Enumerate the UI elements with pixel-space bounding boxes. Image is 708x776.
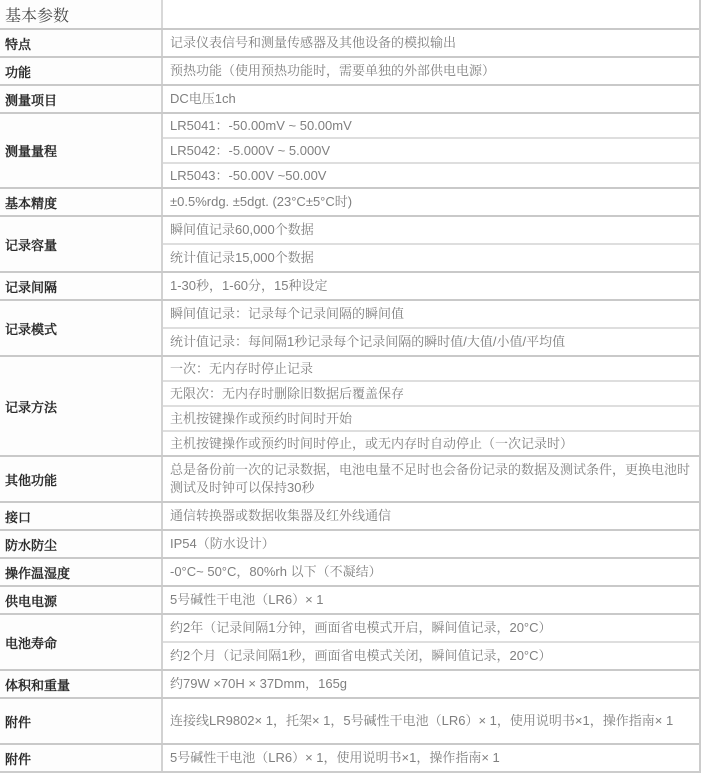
table-row-record-interval: 记录间隔 1-30秒，1-60分，15种设定 bbox=[0, 271, 699, 299]
row-value: 统计值记录15,000个数据 bbox=[163, 243, 699, 271]
row-label: 供电电源 bbox=[0, 587, 161, 613]
row-value: 主机按键操作或预约时间时停止，或无内存时自动停止（一次记录时） bbox=[163, 430, 699, 455]
row-value: DC电压1ch bbox=[163, 86, 699, 112]
row-values: 瞬间值记录：记录每个记录间隔的瞬间值 统计值记录：每间隔1秒记录每个记录间隔的瞬… bbox=[161, 301, 699, 355]
table-row-accessories-2: 附件 5号碱性干电池（LR6）× 1，使用说明书×1，操作指南× 1 bbox=[0, 743, 699, 771]
row-value: 约2个月（记录间隔1秒，画面省电模式关闭，瞬间值记录，20°C） bbox=[163, 641, 699, 669]
row-value: 瞬间值记录60,000个数据 bbox=[163, 217, 699, 243]
row-label: 接口 bbox=[0, 503, 161, 529]
row-value: 统计值记录：每间隔1秒记录每个记录间隔的瞬时值/大值/小值/平均值 bbox=[163, 327, 699, 355]
row-value: LR5042：-5.000V ~ 5.000V bbox=[163, 137, 699, 162]
row-values: 1-30秒，1-60分，15种设定 bbox=[161, 273, 699, 299]
row-label: 记录容量 bbox=[0, 217, 161, 271]
table-title: 基本参数 bbox=[0, 0, 161, 28]
row-values: 一次：无内存时停止记录 无限次：无内存时删除旧数据后覆盖保存 主机按键操作或预约… bbox=[161, 357, 699, 455]
row-values: LR5041：-50.00mV ~ 50.00mV LR5042：-5.000V… bbox=[161, 114, 699, 187]
table-row-measure-item: 测量项目 DC电压1ch bbox=[0, 84, 699, 112]
row-value: 5号碱性干电池（LR6）× 1，使用说明书×1，操作指南× 1 bbox=[163, 745, 699, 771]
row-values: IP54（防水设计） bbox=[161, 531, 699, 557]
row-label: 电池寿命 bbox=[0, 615, 161, 669]
table-row-record-method: 记录方法 一次：无内存时停止记录 无限次：无内存时删除旧数据后覆盖保存 主机按键… bbox=[0, 355, 699, 455]
row-value: 瞬间值记录：记录每个记录间隔的瞬间值 bbox=[163, 301, 699, 327]
spec-table: 基本参数 特点 记录仪表信号和测量传感器及其他设备的模拟输出 功能 预热功能（使… bbox=[0, 0, 701, 773]
row-label: 其他功能 bbox=[0, 457, 161, 501]
table-row-record-capacity: 记录容量 瞬间值记录60,000个数据 统计值记录15,000个数据 bbox=[0, 215, 699, 271]
row-values: 预热功能（使用预热功能时，需要单独的外部供电电源） bbox=[161, 58, 699, 84]
row-value: 5号碱性干电池（LR6）× 1 bbox=[163, 587, 699, 613]
row-values: 5号碱性干电池（LR6）× 1 bbox=[161, 587, 699, 613]
table-row-waterproof: 防水防尘 IP54（防水设计） bbox=[0, 529, 699, 557]
row-value: 主机按键操作或预约时间时开始 bbox=[163, 405, 699, 430]
table-row-other-functions: 其他功能 总是备份前一次的记录数据，电池电量不足时也会备份记录的数据及测试条件，… bbox=[0, 455, 699, 501]
row-value: LR5041：-50.00mV ~ 50.00mV bbox=[163, 114, 699, 137]
row-value: 1-30秒，1-60分，15种设定 bbox=[163, 273, 699, 299]
row-value: LR5043：-50.00V ~50.00V bbox=[163, 162, 699, 187]
row-label: 防水防尘 bbox=[0, 531, 161, 557]
table-row-operating-temp-humidity: 操作温湿度 -0°C~ 50°C，80%rh 以下（不凝结） bbox=[0, 557, 699, 585]
table-row-interface: 接口 通信转换器或数据收集器及红外线通信 bbox=[0, 501, 699, 529]
row-value: IP54（防水设计） bbox=[163, 531, 699, 557]
row-value: 记录仪表信号和测量传感器及其他设备的模拟输出 bbox=[163, 30, 699, 56]
table-row-accuracy: 基本精度 ±0.5%rdg. ±5dgt. (23°C±5°C时) bbox=[0, 187, 699, 215]
row-label: 记录模式 bbox=[0, 301, 161, 355]
row-values: 5号碱性干电池（LR6）× 1，使用说明书×1，操作指南× 1 bbox=[161, 745, 699, 771]
row-value: 连接线LR9802× 1，托架× 1，5号碱性干电池（LR6）× 1，使用说明书… bbox=[163, 699, 699, 743]
row-label: 附件 bbox=[0, 745, 161, 771]
row-label: 测量项目 bbox=[0, 86, 161, 112]
row-label: 基本精度 bbox=[0, 189, 161, 215]
row-value: -0°C~ 50°C，80%rh 以下（不凝结） bbox=[163, 559, 699, 585]
row-label: 功能 bbox=[0, 58, 161, 84]
table-row-battery-life: 电池寿命 约2年（记录间隔1分钟，画面省电模式开启，瞬间值记录，20°C） 约2… bbox=[0, 613, 699, 669]
row-label: 操作温湿度 bbox=[0, 559, 161, 585]
row-value: 一次：无内存时停止记录 bbox=[163, 357, 699, 380]
row-label: 记录方法 bbox=[0, 357, 161, 455]
table-row-size-weight: 体积和重量 约79W ×70H × 37Dmm，165g bbox=[0, 669, 699, 697]
header-empty-cell bbox=[161, 0, 699, 28]
row-values: -0°C~ 50°C，80%rh 以下（不凝结） bbox=[161, 559, 699, 585]
table-row-measure-range: 测量量程 LR5041：-50.00mV ~ 50.00mV LR5042：-5… bbox=[0, 112, 699, 187]
table-header-row: 基本参数 bbox=[0, 0, 699, 28]
table-row-function: 功能 预热功能（使用预热功能时，需要单独的外部供电电源） bbox=[0, 56, 699, 84]
row-values: ±0.5%rdg. ±5dgt. (23°C±5°C时) bbox=[161, 189, 699, 215]
row-label: 附件 bbox=[0, 699, 161, 743]
row-values: DC电压1ch bbox=[161, 86, 699, 112]
row-label: 特点 bbox=[0, 30, 161, 56]
row-value: 通信转换器或数据收集器及红外线通信 bbox=[163, 503, 699, 529]
row-value: 无限次：无内存时删除旧数据后覆盖保存 bbox=[163, 380, 699, 405]
header-empty-value bbox=[163, 1, 699, 27]
row-values: 记录仪表信号和测量传感器及其他设备的模拟输出 bbox=[161, 30, 699, 56]
row-value: ±0.5%rdg. ±5dgt. (23°C±5°C时) bbox=[163, 189, 699, 215]
row-values: 通信转换器或数据收集器及红外线通信 bbox=[161, 503, 699, 529]
table-row-power-supply: 供电电源 5号碱性干电池（LR6）× 1 bbox=[0, 585, 699, 613]
row-values: 瞬间值记录60,000个数据 统计值记录15,000个数据 bbox=[161, 217, 699, 271]
row-values: 总是备份前一次的记录数据，电池电量不足时也会备份记录的数据及测试条件，更换电池时… bbox=[161, 457, 699, 501]
table-row-record-mode: 记录模式 瞬间值记录：记录每个记录间隔的瞬间值 统计值记录：每间隔1秒记录每个记… bbox=[0, 299, 699, 355]
row-label: 记录间隔 bbox=[0, 273, 161, 299]
table-row-accessories-1: 附件 连接线LR9802× 1，托架× 1，5号碱性干电池（LR6）× 1，使用… bbox=[0, 697, 699, 743]
row-label: 测量量程 bbox=[0, 114, 161, 187]
row-values: 连接线LR9802× 1，托架× 1，5号碱性干电池（LR6）× 1，使用说明书… bbox=[161, 699, 699, 743]
table-row-features: 特点 记录仪表信号和测量传感器及其他设备的模拟输出 bbox=[0, 28, 699, 56]
row-value: 约79W ×70H × 37Dmm，165g bbox=[163, 671, 699, 697]
row-label: 体积和重量 bbox=[0, 671, 161, 697]
row-values: 约2年（记录间隔1分钟，画面省电模式开启，瞬间值记录，20°C） 约2个月（记录… bbox=[161, 615, 699, 669]
row-value: 约2年（记录间隔1分钟，画面省电模式开启，瞬间值记录，20°C） bbox=[163, 615, 699, 641]
row-value: 总是备份前一次的记录数据，电池电量不足时也会备份记录的数据及测试条件，更换电池时… bbox=[163, 457, 699, 501]
row-value: 预热功能（使用预热功能时，需要单独的外部供电电源） bbox=[163, 58, 699, 84]
row-values: 约79W ×70H × 37Dmm，165g bbox=[161, 671, 699, 697]
